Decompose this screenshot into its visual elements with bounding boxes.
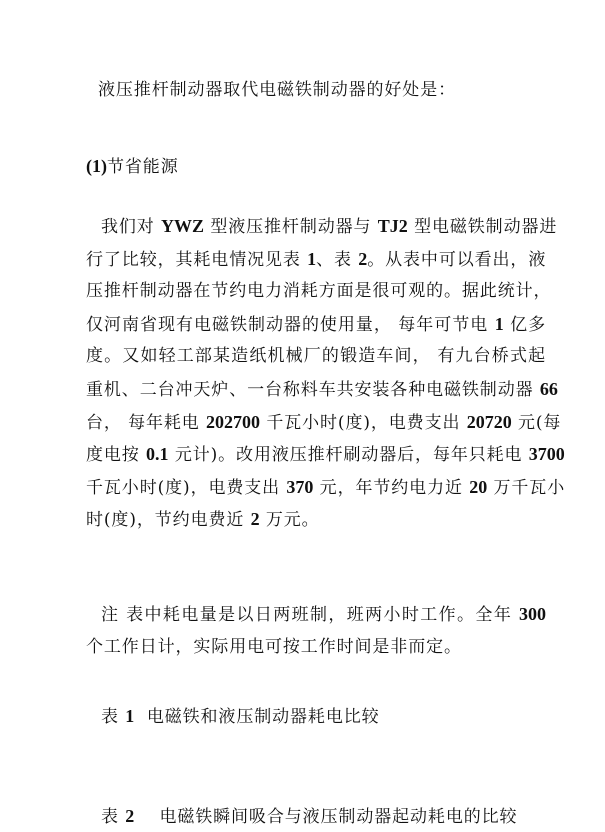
- section-number: (1): [86, 156, 107, 176]
- text-line: 注 表中耗电量是以日两班制，班两小时工作。全年 300: [101, 604, 546, 625]
- text-line: 度电按 0.1 元计)。改用液压推杆刷动器后，每年只耗电 3700: [86, 444, 546, 465]
- bold-value: 0.1: [146, 444, 169, 464]
- text-line: 台， 每年耗电 202700 千瓦小时(度)，电费支出 20720 元(每: [86, 412, 546, 433]
- bold-value: 370: [286, 477, 313, 497]
- bold-value: 202700: [206, 412, 260, 432]
- text-line: 压推杆制动器在节约电力消耗方面是很可观的。据此统计，: [86, 281, 546, 301]
- bold-value: 66: [540, 379, 558, 399]
- bold-value: 2: [251, 509, 260, 529]
- section-heading: (1)节省能源: [86, 156, 179, 177]
- text-line: 度。又如轻工部某造纸机械厂的锻造车间， 有九台桥式起: [86, 346, 546, 366]
- bold-value: 20: [469, 477, 487, 497]
- text-line: 个工作日计，实际用电可按工作时间是非而定。: [86, 637, 462, 657]
- bold-value: 300: [519, 604, 546, 624]
- bold-value: 1: [495, 314, 504, 334]
- text-line: 千瓦小时(度)，电费支出 370 元，年节约电力近 20 万千瓦小: [86, 477, 546, 498]
- text-line: 我们对 YWZ 型液压推杆制动器与 TJ2 型电磁铁制动器进: [101, 216, 546, 237]
- bold-value: 3700: [529, 444, 565, 464]
- text-line: 时(度)，节约电费近 2 万元。: [86, 509, 320, 530]
- table1-caption: 表 1 电磁铁和液压制动器耗电比较: [101, 706, 380, 727]
- text-line: 行了比较，其耗电情况见表 1、表 2。从表中可以看出，液: [86, 249, 546, 270]
- bold-value: 20720: [467, 412, 512, 432]
- bold-value: 2: [358, 249, 367, 269]
- text-line: 重机、二台冲天炉、一台称料车共安装各种电磁铁制动器 66: [86, 379, 546, 400]
- text-line: 仅河南省现有电磁铁制动器的使用量， 每年可节电 1 亿多: [86, 314, 546, 335]
- bold-value: TJ2: [378, 216, 408, 236]
- bold-value: 1: [307, 249, 316, 269]
- section-title: 节省能源: [107, 157, 179, 177]
- table2-caption: 表 2 电磁铁瞬间吸合与液压制动器起动耗电的比较: [101, 806, 517, 827]
- bold-value: YWZ: [161, 216, 204, 236]
- intro-text: 液压推杆制动器取代电磁铁制动器的好处是：: [98, 80, 456, 100]
